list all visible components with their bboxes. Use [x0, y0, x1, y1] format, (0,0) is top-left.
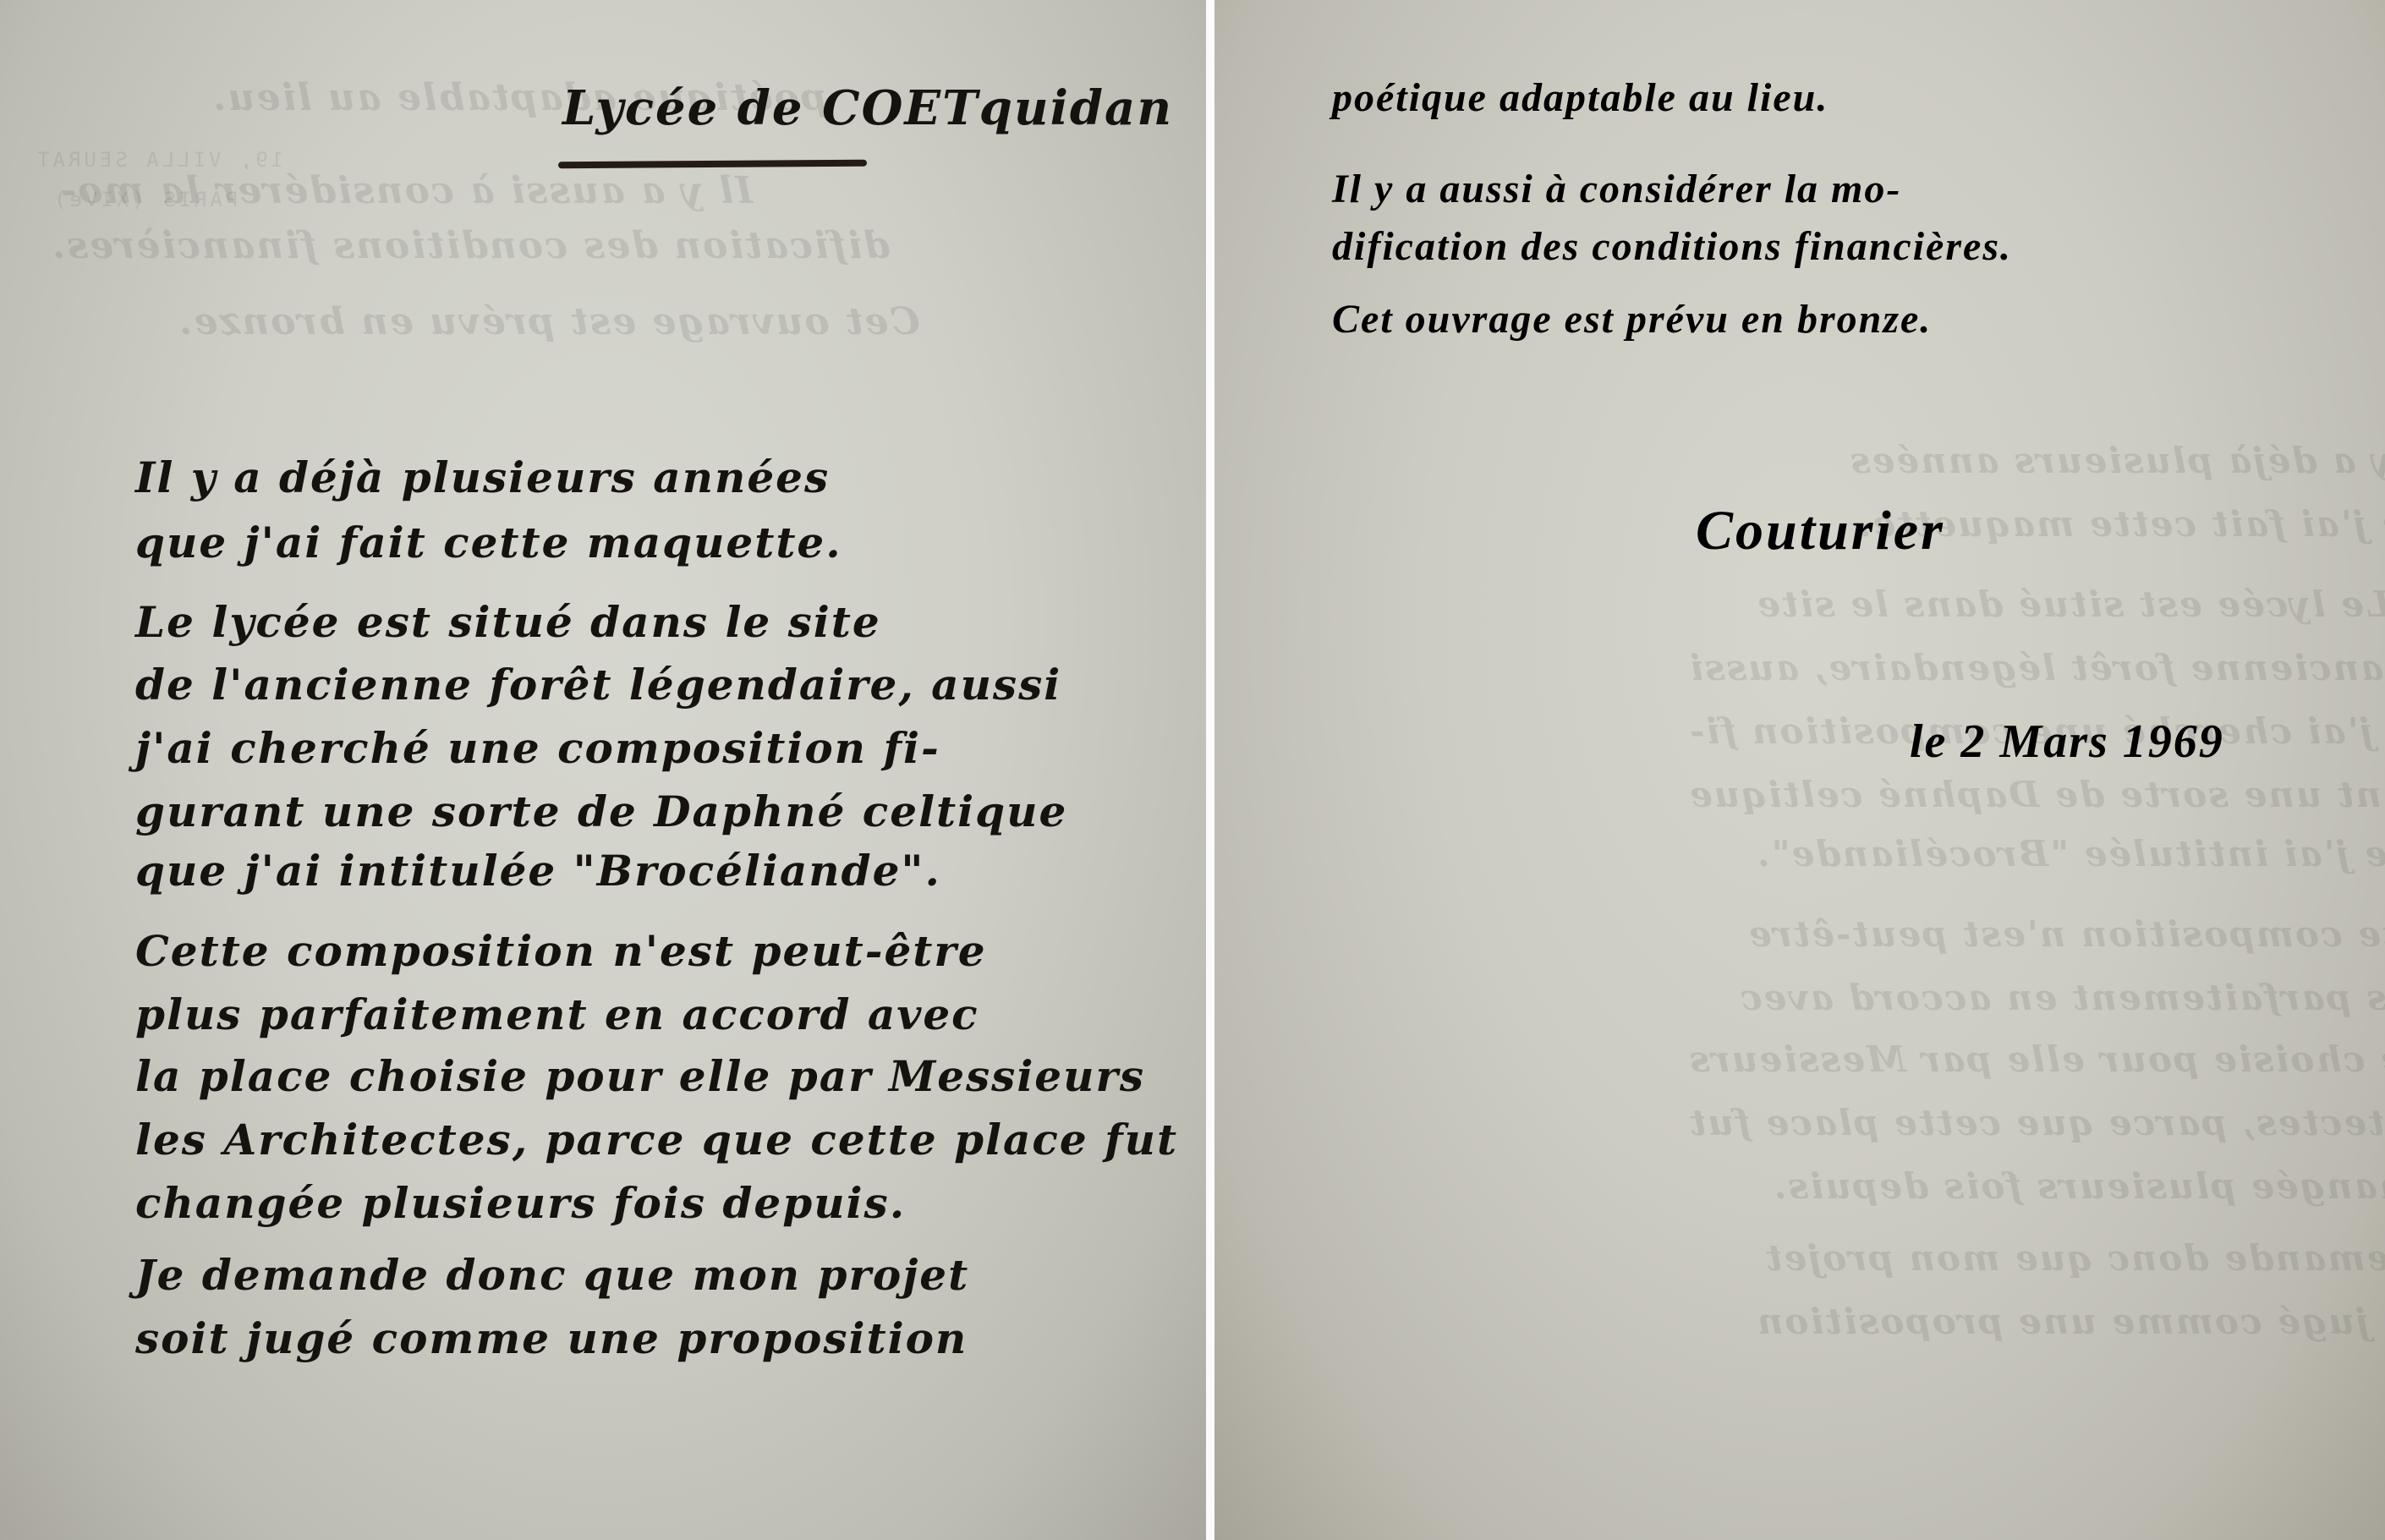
bleed-through-line: plus parfaitement en accord avec: [1739, 977, 2385, 1018]
letter-line: Je demande donc que mon projet: [135, 1250, 969, 1300]
bleed-through-line: de l'ancienne forêt légendaire, aussi: [1688, 647, 2385, 688]
letter-line: Le lycée est situé dans le site: [135, 597, 881, 647]
bleed-through-line: Le lycée est situé dans le site: [1756, 584, 2385, 625]
letter-line: poétique adaptable au lieu.: [1332, 74, 1828, 121]
page-divider: [1206, 0, 1214, 1540]
letter-line: j'ai cherché une composition fi-: [135, 723, 940, 773]
letter-line: de l'ancienne forêt légendaire, aussi: [135, 660, 1061, 710]
letter-date: le 2 Mars 1969: [1910, 715, 2224, 769]
letter-line: Il y a déjà plusieurs années: [135, 452, 830, 502]
bleed-through-line: soit jugé comme une proposition: [1756, 1301, 2385, 1342]
letter-line: plus parfaitement en accord avec: [135, 989, 979, 1039]
letter-line: Cet ouvrage est prévu en bronze.: [1332, 296, 1932, 343]
bleed-through-line: Il y a aussi à considérer la mo-: [59, 169, 753, 212]
letter-line: que j'ai intitulée "Brocéliande".: [135, 846, 941, 896]
heading-underline: [558, 160, 867, 169]
letter-line: Il y a aussi à considérer la mo-: [1332, 166, 1901, 212]
bleed-through-line: changée plusieurs fois depuis.: [1773, 1165, 2385, 1207]
letter-spread: 19, VILLA SEURAT PARIS (XIVe) poétique a…: [0, 0, 2385, 1540]
bleed-through-line: dification des conditions financières.: [51, 224, 890, 267]
letter-line: Cette composition n'est peut-être: [135, 926, 987, 976]
letter-line: dification des conditions financières.: [1332, 223, 2012, 270]
letter-heading: Lycée de COETquidan: [562, 80, 1173, 136]
bleed-through-line: Je demande donc que mon projet: [1764, 1237, 2385, 1279]
bleed-through-line: la place choisie pour elle par Messieurs: [1688, 1039, 2385, 1080]
letter-line: la place choisie pour elle par Messieurs: [135, 1051, 1145, 1101]
bleed-through-line: Il y a déjà plusieurs années: [1849, 440, 2385, 481]
letter-line: les Architectes, parce que cette place f…: [135, 1115, 1178, 1165]
bleed-through-line: que j'ai intitulée "Brocéliande".: [1756, 833, 2385, 874]
bleed-through-line: gurant une sorte de Daphné celtique: [1688, 774, 2385, 815]
letter-line: gurant une sorte de Daphné celtique: [135, 786, 1067, 836]
bleed-through-line: Cette composition n'est peut-être: [1747, 913, 2385, 955]
bleed-through-letterhead-line-1: 19, VILLA SEURAT: [34, 148, 283, 172]
letter-line: changée plusieurs fois depuis.: [135, 1178, 906, 1228]
bleed-through-line: les Architectes, parce que cette place f…: [1688, 1102, 2385, 1143]
signature: Couturier: [1696, 499, 1945, 563]
letter-line: que j'ai fait cette maquette.: [135, 518, 842, 567]
left-page: 19, VILLA SEURAT PARIS (XIVe) poétique a…: [0, 0, 1206, 1540]
letter-line: soit jugé comme une proposition: [135, 1313, 968, 1363]
bleed-through-line: Cet ouvrage est prévu en bronze.: [178, 300, 919, 343]
